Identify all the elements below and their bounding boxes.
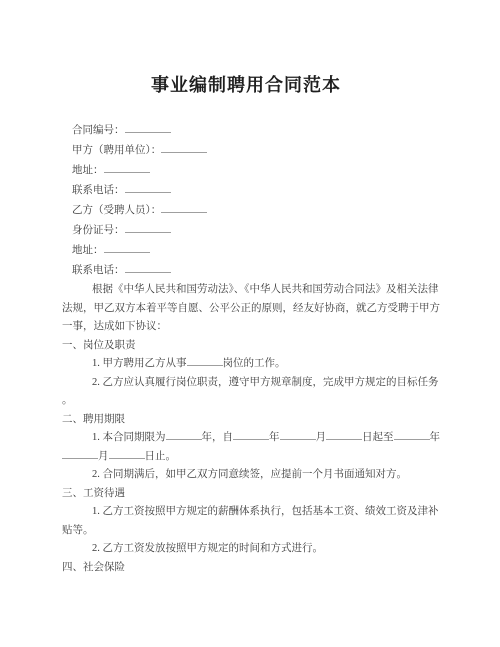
text-run: 三、工资待遇 <box>62 488 125 499</box>
text-run: 2. 乙方工资发放按照甲方规定的时间和方式进行。 <box>92 543 323 554</box>
text-run: 贴等。 <box>62 525 94 536</box>
text-run: 地址： <box>72 165 104 176</box>
party-b-phone-field: 联系电话： <box>72 261 430 281</box>
text-run: 岗位的工作。 <box>223 358 286 369</box>
text-run: 一、岗位及职责 <box>62 340 136 351</box>
section-2-heading: 二、聘用期限 <box>62 411 430 430</box>
clause-2-1-line-2: 月日止。 <box>62 448 430 467</box>
section-1-heading: 一、岗位及职责 <box>62 337 430 356</box>
text-run: 地址： <box>72 245 104 256</box>
clause-3-2: 2. 乙方工资发放按照甲方规定的时间和方式进行。 <box>62 540 430 559</box>
blank-underline <box>104 163 150 173</box>
clause-3-1-line-1: 1. 乙方工资按照甲方规定的薪酬体系执行，包括基本工资、绩效工资及津补 <box>62 503 430 522</box>
blank-underline <box>125 263 171 273</box>
contract-body: 合同编号：甲方（聘用单位）：地址：联系电话：乙方（受聘人员）：身份证号：地址：联… <box>62 121 430 577</box>
text-run: 。 <box>62 395 73 406</box>
text-run: 四、社会保险 <box>62 562 125 573</box>
party-a-address-field: 地址： <box>72 161 430 181</box>
party-b-id-field: 身份证号： <box>72 221 430 241</box>
clause-1-2-line-2: 。 <box>62 392 430 411</box>
blank-underline <box>104 243 150 253</box>
blank-underline <box>233 430 269 440</box>
clause-1-2-line-1: 2. 乙方应认真履行岗位职责，遵守甲方规章制度，完成甲方规定的目标任务 <box>62 374 430 393</box>
blank-underline <box>187 356 223 366</box>
party-a-field: 甲方（聘用单位）： <box>72 141 430 161</box>
text-run: 二、聘用期限 <box>62 414 125 425</box>
blank-underline <box>125 223 171 233</box>
text-run: 一事，达成如下协议： <box>62 321 167 332</box>
party-a-phone-field: 联系电话： <box>72 181 430 201</box>
blank-underline <box>394 430 430 440</box>
clause-1-1: 1. 甲方聘用乙方从事岗位的工作。 <box>62 355 430 374</box>
blank-underline <box>161 203 207 213</box>
text-run: 年，自 <box>202 432 234 443</box>
blank-underline <box>161 143 207 153</box>
text-run: 1. 甲方聘用乙方从事 <box>92 358 187 369</box>
section-4-heading: 四、社会保险 <box>62 559 430 578</box>
preamble-line-3: 一事，达成如下协议： <box>62 318 430 337</box>
preamble-line-1: 根据《中华人民共和国劳动法》、《中华人民共和国劳动合同法》及相关法律 <box>62 281 430 300</box>
section-3-heading: 三、工资待遇 <box>62 485 430 504</box>
blank-underline <box>280 430 316 440</box>
party-b-field: 乙方（受聘人员）： <box>72 201 430 221</box>
text-run: 2. 乙方应认真履行岗位职责，遵守甲方规章制度，完成甲方规定的目标任务 <box>92 377 439 388</box>
blank-underline <box>125 183 171 193</box>
text-run: 乙方（受聘人员）： <box>72 205 161 216</box>
text-run: 联系电话： <box>72 265 125 276</box>
blank-underline <box>62 449 98 459</box>
contract-number-field: 合同编号： <box>72 121 430 141</box>
preamble-line-2: 法规，甲乙双方本着平等自愿、公平公正的原则，经友好协商，就乙方受聘于甲方 <box>62 300 430 319</box>
text-run: 合同编号： <box>72 125 125 136</box>
clause-2-1-line-1: 1. 本合同期限为年，自年月日起至年 <box>62 429 430 448</box>
text-run: 年 <box>430 432 441 443</box>
text-run: 法规，甲乙双方本着平等自愿、公平公正的原则，经友好协商，就乙方受聘于甲方 <box>62 303 440 314</box>
blank-underline <box>125 123 171 133</box>
blank-underline <box>109 449 145 459</box>
text-run: 根据《中华人民共和国劳动法》、《中华人民共和国劳动合同法》及相关法律 <box>92 284 439 295</box>
text-run: 月 <box>316 432 327 443</box>
text-run: 甲方（聘用单位）： <box>72 145 161 156</box>
text-run: 联系电话： <box>72 185 125 196</box>
text-run: 2. 合同期满后，如甲乙双方同意续签，应提前一个月书面通知对方。 <box>92 469 407 480</box>
contract-page: 事业编制聘用合同范本 合同编号：甲方（聘用单位）：地址：联系电话：乙方（受聘人员… <box>0 0 500 647</box>
text-run: 日止。 <box>145 451 177 462</box>
blank-underline <box>326 430 362 440</box>
text-run: 月 <box>98 451 109 462</box>
text-run: 1. 乙方工资按照甲方规定的薪酬体系执行，包括基本工资、绩效工资及津补 <box>92 506 439 517</box>
document-title: 事业编制聘用合同范本 <box>62 74 430 96</box>
clause-2-2: 2. 合同期满后，如甲乙双方同意续签，应提前一个月书面通知对方。 <box>62 466 430 485</box>
text-run: 日起至 <box>362 432 394 443</box>
blank-underline <box>166 430 202 440</box>
text-run: 年 <box>269 432 280 443</box>
text-run: 1. 本合同期限为 <box>92 432 166 443</box>
clause-3-1-line-2: 贴等。 <box>62 522 430 541</box>
party-b-address-field: 地址： <box>72 241 430 261</box>
text-run: 身份证号： <box>72 225 125 236</box>
